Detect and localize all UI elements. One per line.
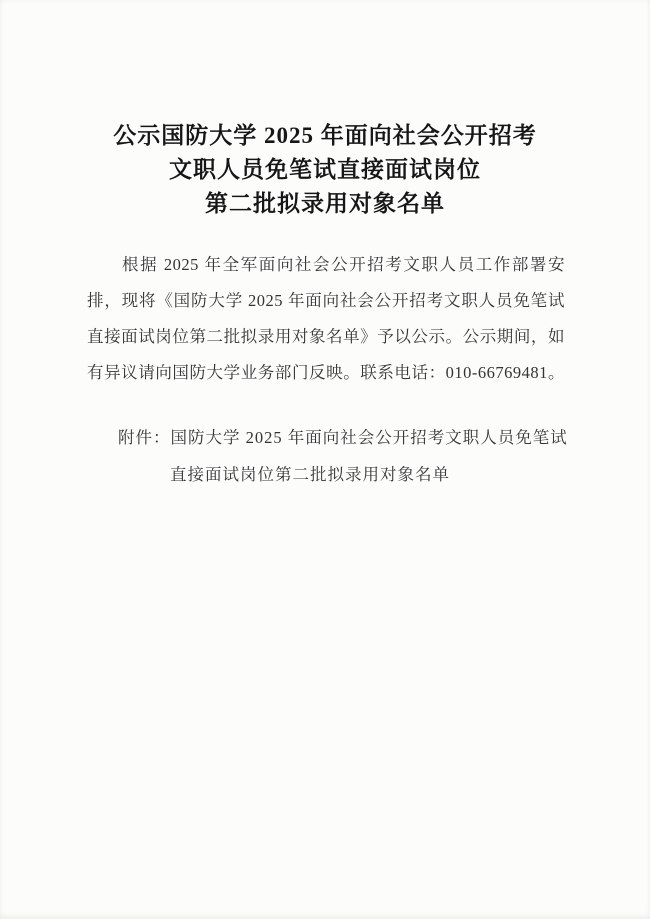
title-line-3: 第二批拟录用对象名单 — [0, 187, 650, 221]
body-line-1: 根据 2025 年全军面向社会公开招考文职人员工作部署安 — [87, 247, 565, 283]
attachment-note: 附件：国防大学 2025 年面向社会公开招考文职人员免笔试 直接面试岗位第二批拟… — [118, 419, 568, 493]
body-line-2: 排，现将《国防大学 2025 年面向社会公开招考文职人员免笔试 — [87, 283, 565, 319]
attachment-line-2: 直接面试岗位第二批拟录用对象名单 — [118, 456, 568, 493]
document-page: 公示国防大学 2025 年面向社会公开招考 文职人员免笔试直接面试岗位 第二批拟… — [0, 0, 650, 919]
document-title: 公示国防大学 2025 年面向社会公开招考 文职人员免笔试直接面试岗位 第二批拟… — [0, 119, 650, 221]
title-line-1: 公示国防大学 2025 年面向社会公开招考 — [0, 119, 650, 153]
body-paragraph: 根据 2025 年全军面向社会公开招考文职人员工作部署安 排，现将《国防大学 2… — [87, 247, 565, 391]
attachment-line-1: 附件：国防大学 2025 年面向社会公开招考文职人员免笔试 — [118, 419, 568, 456]
title-line-2: 文职人员免笔试直接面试岗位 — [0, 153, 650, 187]
body-line-4: 有异议请向国防大学业务部门反映。联系电话：010-66769481。 — [87, 355, 565, 391]
body-line-3: 直接面试岗位第二批拟录用对象名单》予以公示。公示期间，如 — [87, 319, 565, 355]
